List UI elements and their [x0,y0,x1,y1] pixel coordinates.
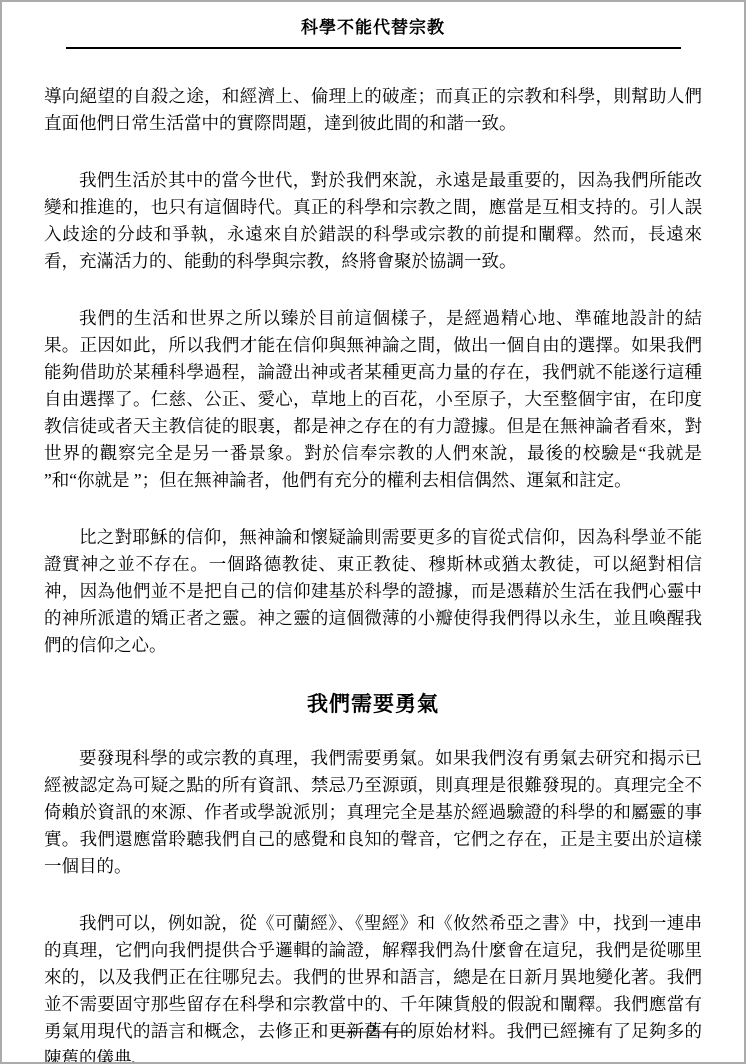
section-heading: 我們需要勇氣 [44,689,702,719]
page-title: 科學不能代替宗教 [2,16,744,40]
header-rule [66,47,681,49]
page-number: ——2—— [2,1020,744,1042]
paragraph: 我們的生活和世界之所以臻於目前這個樣子，是經過精心地、準確地設計的結果。正因如此… [44,305,702,494]
page-header: 科學不能代替宗教 [2,2,744,49]
paragraph: 要發現科學的或宗教的真理，我們需要勇氣。如果我們沒有勇氣去研究和揭示已經被認定為… [44,745,702,880]
document-page: 科學不能代替宗教 導向絕望的自殺之途，和經濟上、倫理上的破產；而真正的宗教和科學… [0,0,746,1064]
document-body: 導向絕望的自殺之途，和經濟上、倫理上的破產；而真正的宗教和科學，則幫助人們直面他… [2,83,744,1064]
paragraph-continuation: 導向絕望的自殺之途，和經濟上、倫理上的破產；而真正的宗教和科學，則幫助人們直面他… [44,83,702,137]
paragraph: 我們生活於其中的當今世代，對於我們來說，永遠是最重要的，因為我們所能改變和推進的… [44,167,702,275]
paragraph: 比之對耶穌的信仰，無神論和懷疑論則需要更多的盲從式信仰，因為科學並不能證實神之並… [44,524,702,659]
